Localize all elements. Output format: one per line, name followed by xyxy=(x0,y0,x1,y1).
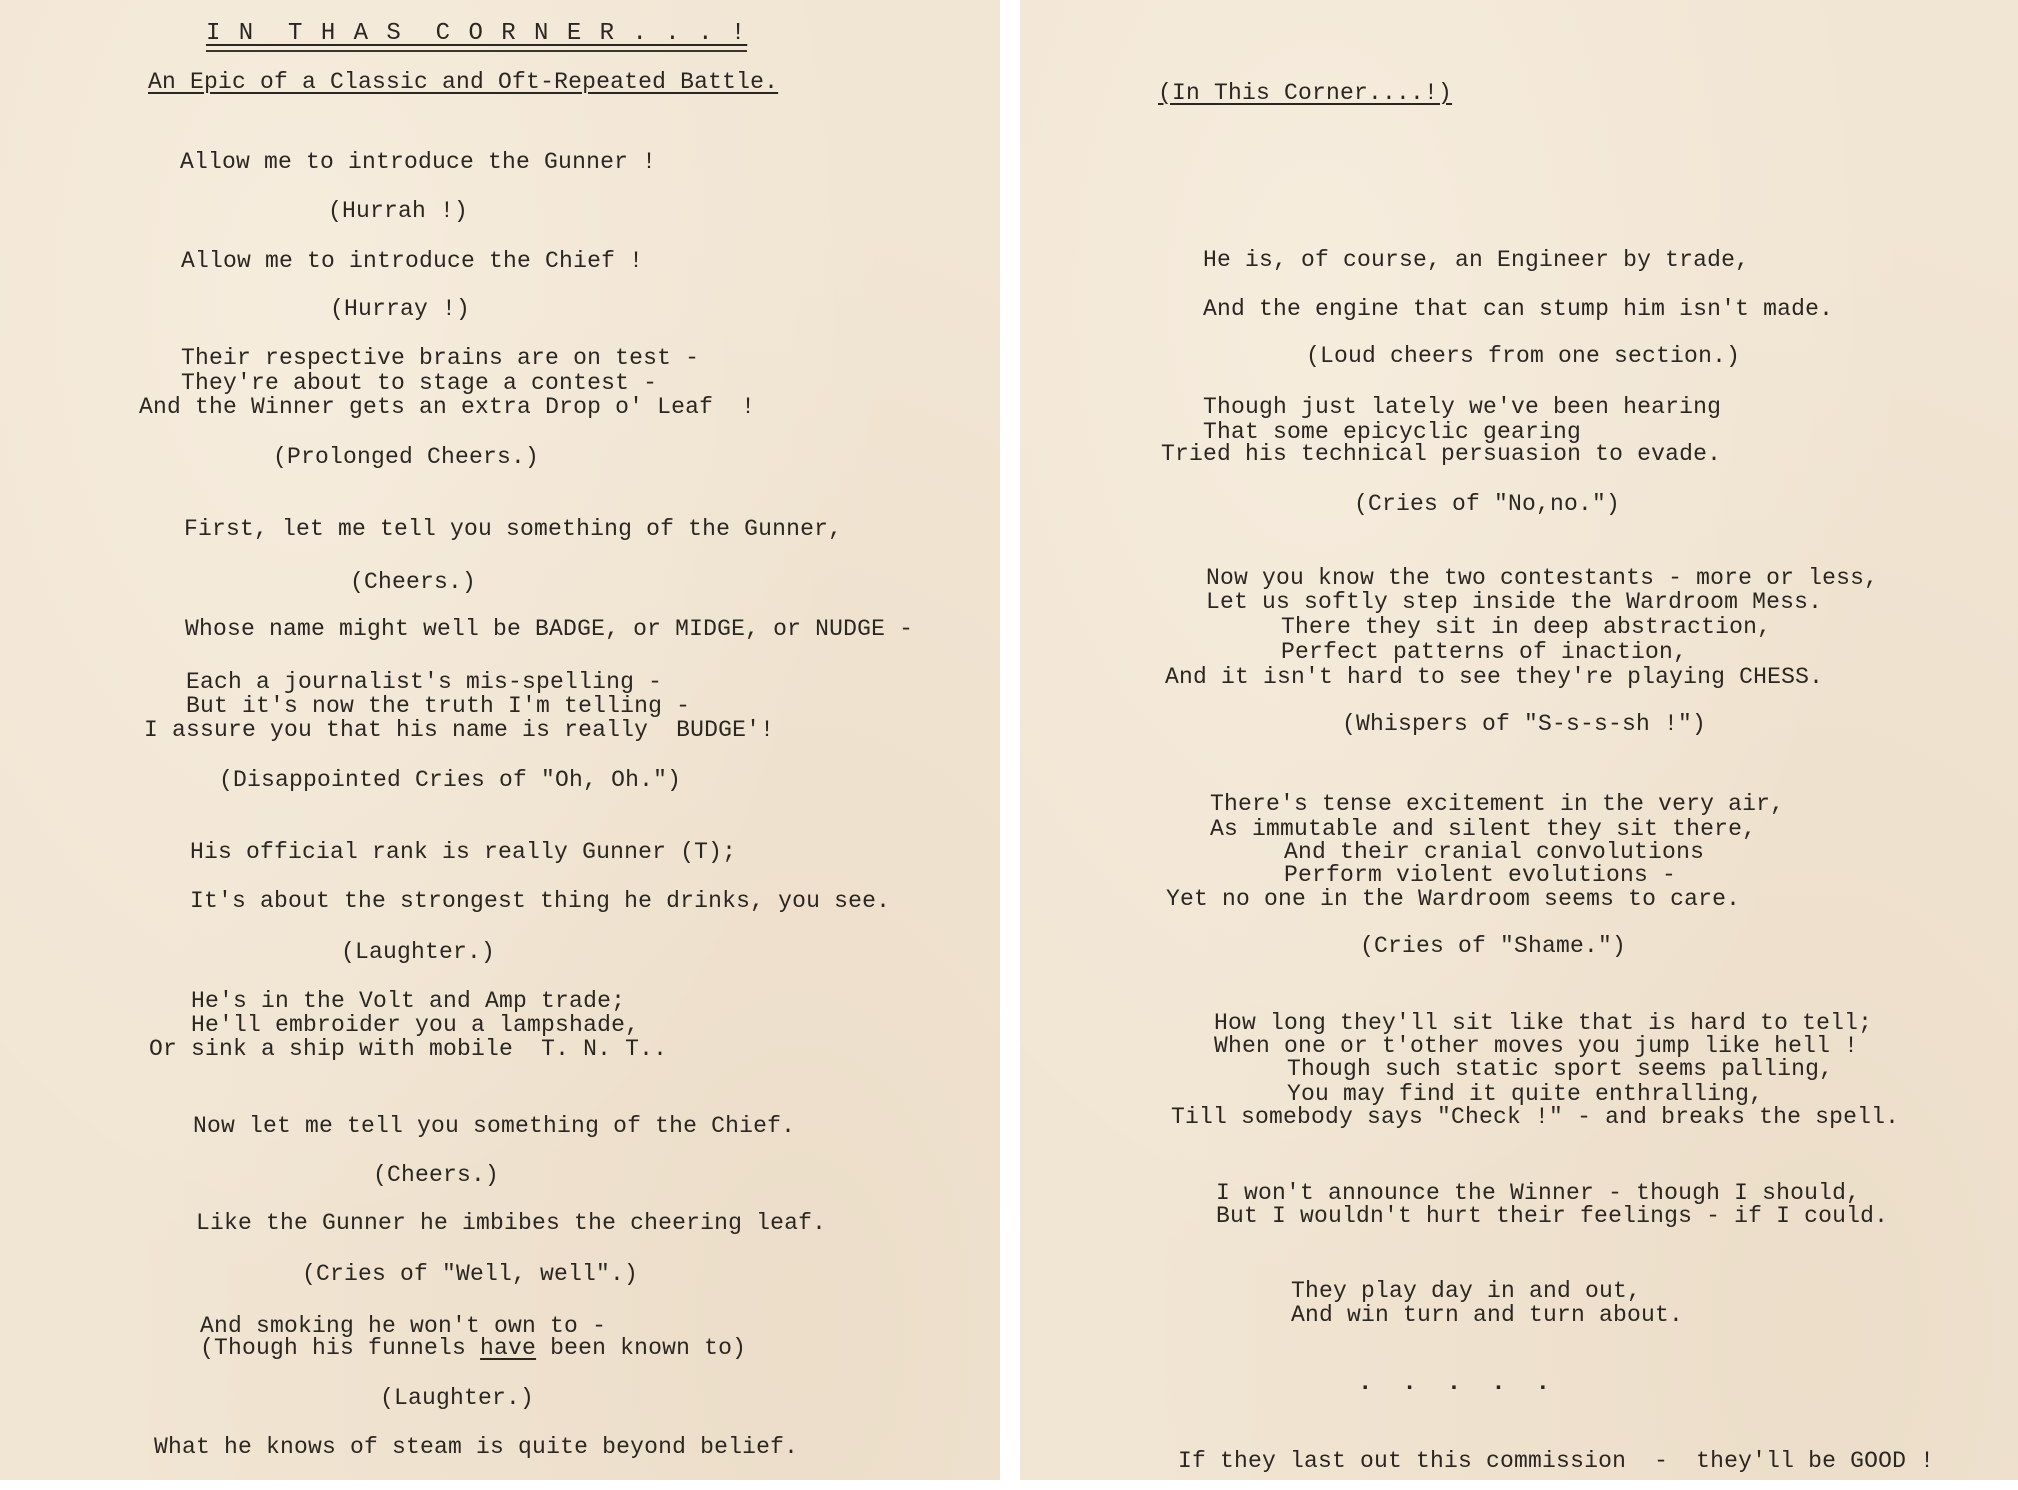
verse-line: Allow me to introduce the Chief ! xyxy=(181,249,643,273)
verse-line: Their respective brains are on test - xyxy=(181,346,699,370)
verse-line: Allow me to introduce the Gunner ! xyxy=(180,150,656,174)
verse-line: And it isn't hard to see they're playing… xyxy=(1165,665,1823,689)
verse-line: They play day in and out, xyxy=(1291,1279,1641,1303)
stage-direction: (Cheers.) xyxy=(350,570,476,594)
verse-line: Yet no one in the Wardroom seems to care… xyxy=(1166,887,1740,911)
verse-line: He is, of course, an Engineer by trade, xyxy=(1203,248,1749,272)
page-header: (In This Corner....!) xyxy=(1158,81,1452,105)
verse-line: I won't announce the Winner - though I s… xyxy=(1216,1181,1860,1205)
verse-line: Let us softly step inside the Wardroom M… xyxy=(1206,590,1822,614)
stage-direction: (Loud cheers from one section.) xyxy=(1306,344,1740,368)
verse-line: Each a journalist's mis-spelling - xyxy=(186,670,662,694)
ellipsis-divider: ..... xyxy=(1358,1372,1580,1396)
verse-line: But it's now the truth I'm telling - xyxy=(186,694,690,718)
verse-line: Now let me tell you something of the Chi… xyxy=(193,1114,795,1138)
verse-line: Though such static sport seems palling, xyxy=(1287,1057,1833,1081)
verse-line: (Though his funnels have been known to) xyxy=(200,1336,746,1360)
verse-line: You may find it quite enthralling, xyxy=(1287,1082,1763,1106)
stage-direction: (Cheers.) xyxy=(373,1163,499,1187)
left-page: I N T H A S C O R N E R . . . ! An Epic … xyxy=(0,0,1000,1480)
verse-line: And the engine that can stump him isn't … xyxy=(1203,297,1833,321)
closing-line: If they last out this commission - they'… xyxy=(1178,1449,1934,1473)
stage-direction: (Cries of "Well, well".) xyxy=(302,1262,638,1286)
verse-line: There's tense excitement in the very air… xyxy=(1210,792,1784,816)
stage-direction: (Cries of "No,no.") xyxy=(1354,492,1620,516)
stage-direction: (Whispers of "S-s-s-sh !") xyxy=(1342,712,1706,736)
verse-line: Whose name might well be BADGE, or MIDGE… xyxy=(185,617,913,641)
stage-direction: (Prolonged Cheers.) xyxy=(273,445,539,469)
verse-line: Perfect patterns of inaction, xyxy=(1281,640,1687,664)
document-subtitle: An Epic of a Classic and Oft-Repeated Ba… xyxy=(148,70,778,94)
verse-segment: been known to) xyxy=(536,1335,746,1361)
verse-line: And win turn and turn about. xyxy=(1291,1303,1683,1327)
stage-direction: (Laughter.) xyxy=(380,1386,534,1410)
verse-line: Till somebody says "Check !" - and break… xyxy=(1171,1105,1899,1129)
stage-direction: (Cries of "Shame.") xyxy=(1360,934,1626,958)
verse-line: Though just lately we've been hearing xyxy=(1203,395,1721,419)
verse-line: And their cranial convolutions xyxy=(1284,840,1704,864)
verse-line: Now you know the two contestants - more … xyxy=(1206,566,1878,590)
verse-line: It's about the strongest thing he drinks… xyxy=(190,889,890,913)
verse-line: Tried his technical persuasion to evade. xyxy=(1161,442,1721,466)
verse-line: First, let me tell you something of the … xyxy=(184,517,842,541)
verse-line: They're about to stage a contest - xyxy=(181,371,657,395)
stage-direction: (Laughter.) xyxy=(341,940,495,964)
stage-direction: (Hurrah !) xyxy=(328,199,468,223)
verse-line: When one or t'other moves you jump like … xyxy=(1214,1034,1858,1058)
verse-segment: (Though his funnels xyxy=(200,1335,480,1361)
document-title: I N T H A S C O R N E R . . . ! xyxy=(206,22,747,52)
verse-line: But I wouldn't hurt their feelings - if … xyxy=(1216,1204,1888,1228)
emphasized-word: have xyxy=(480,1335,536,1361)
verse-line: There they sit in deep abstraction, xyxy=(1281,615,1771,639)
stage-direction: (Hurray !) xyxy=(330,297,470,321)
verse-line: And the Winner gets an extra Drop o' Lea… xyxy=(139,395,755,419)
right-page: (In This Corner....!) He is, of course, … xyxy=(1020,0,2018,1480)
verse-line: He'll embroider you a lampshade, xyxy=(191,1013,639,1037)
verse-line: What he knows of steam is quite beyond b… xyxy=(154,1435,798,1459)
verse-line: How long they'll sit like that is hard t… xyxy=(1214,1011,1872,1035)
verse-line: Perform violent evolutions - xyxy=(1284,863,1676,887)
verse-line: I assure you that his name is really BUD… xyxy=(144,718,774,742)
verse-line: He's in the Volt and Amp trade; xyxy=(191,989,625,1013)
verse-line: His official rank is really Gunner (T); xyxy=(190,840,736,864)
stage-direction: (Disappointed Cries of "Oh, Oh.") xyxy=(219,768,681,792)
verse-line: As immutable and silent they sit there, xyxy=(1210,817,1756,841)
verse-line: Or sink a ship with mobile T. N. T.. xyxy=(149,1037,667,1061)
verse-line: Like the Gunner he imbibes the cheering … xyxy=(196,1211,826,1235)
